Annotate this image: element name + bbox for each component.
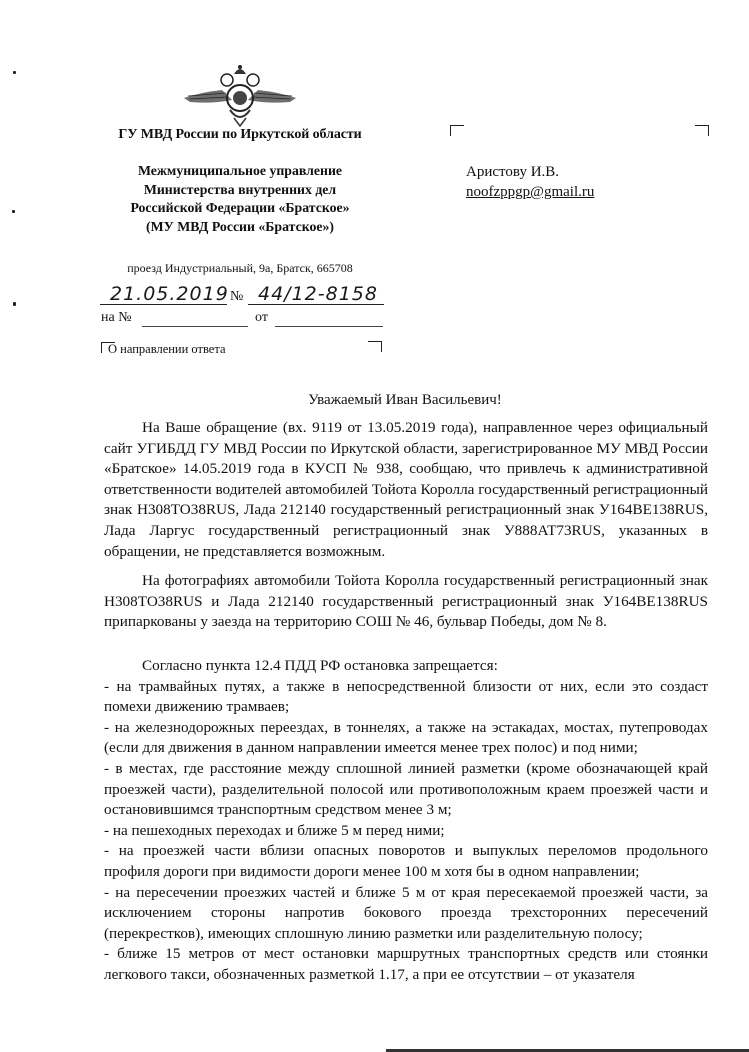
organization-title: ГУ МВД России по Иркутской области (80, 127, 400, 143)
org-line: Российской Федерации «Братское» (80, 199, 400, 218)
recipient-block: Аристову И.В. noofzppgp@gmail.ru (466, 162, 594, 202)
prohibition-item: - в местах, где расстояние между сплошно… (104, 759, 708, 821)
corner-bracket-top-left (450, 125, 464, 136)
org-line: (МУ МВД России «Братское») (80, 218, 400, 237)
prohibition-item: - на пересечении проезжих частей и ближе… (104, 883, 708, 945)
reply-to-label: на № (101, 310, 132, 326)
corner-bracket-top-right (695, 125, 709, 136)
from-field (275, 326, 383, 327)
recipient-email-link[interactable]: noofzppgp@gmail.ru (466, 182, 594, 202)
scan-speck (12, 210, 15, 213)
scan-speck (13, 71, 16, 74)
paragraph-intro: Согласно пункта 12.4 ПДД РФ остановка за… (104, 656, 708, 677)
scan-speck (13, 302, 16, 306)
from-label: от (255, 310, 268, 326)
prohibition-item: - на железнодорожных переездах, в тоннел… (104, 718, 708, 759)
reply-to-field (142, 326, 248, 327)
prohibition-item: - на пешеходных переходах и ближе 5 м пе… (104, 821, 708, 842)
organization-address: проезд Индустриальный, 9а, Братск, 66570… (80, 261, 400, 276)
number-sign: № (230, 289, 243, 305)
subject-line: О направлении ответа (108, 342, 226, 357)
paragraph-text: На Ваше обращение (вх. 9119 от 13.05.201… (104, 418, 708, 562)
body-paragraph-2: На фотографиях автомобили Тойота Королла… (104, 571, 708, 633)
prohibition-item: - на проезжей части вблизи опасных повор… (104, 841, 708, 882)
body-paragraph-3: Согласно пункта 12.4 ПДД РФ остановка за… (104, 656, 708, 986)
outgoing-number: 44/12-8158 (258, 283, 378, 305)
greeting: Уважаемый Иван Васильевич! (100, 392, 710, 409)
paragraph-text: На фотографиях автомобили Тойота Королла… (104, 571, 708, 633)
prohibition-item: - ближе 15 метров от мест остановки марш… (104, 944, 708, 985)
org-line: Межмуниципальное управление (80, 162, 400, 181)
mvd-emblem-icon (182, 62, 298, 128)
body-paragraph-1: На Ваше обращение (вх. 9119 от 13.05.201… (104, 418, 708, 562)
recipient-name: Аристову И.В. (466, 162, 594, 182)
outgoing-date: 21.05.2019 (110, 283, 229, 305)
organization-full-name: Межмуниципальное управление Министерства… (80, 162, 400, 236)
corner-bracket-top-right (368, 341, 382, 352)
prohibition-item: - на трамвайных путях, а также в непосре… (104, 677, 708, 718)
org-line: Министерства внутренних дел (80, 181, 400, 200)
